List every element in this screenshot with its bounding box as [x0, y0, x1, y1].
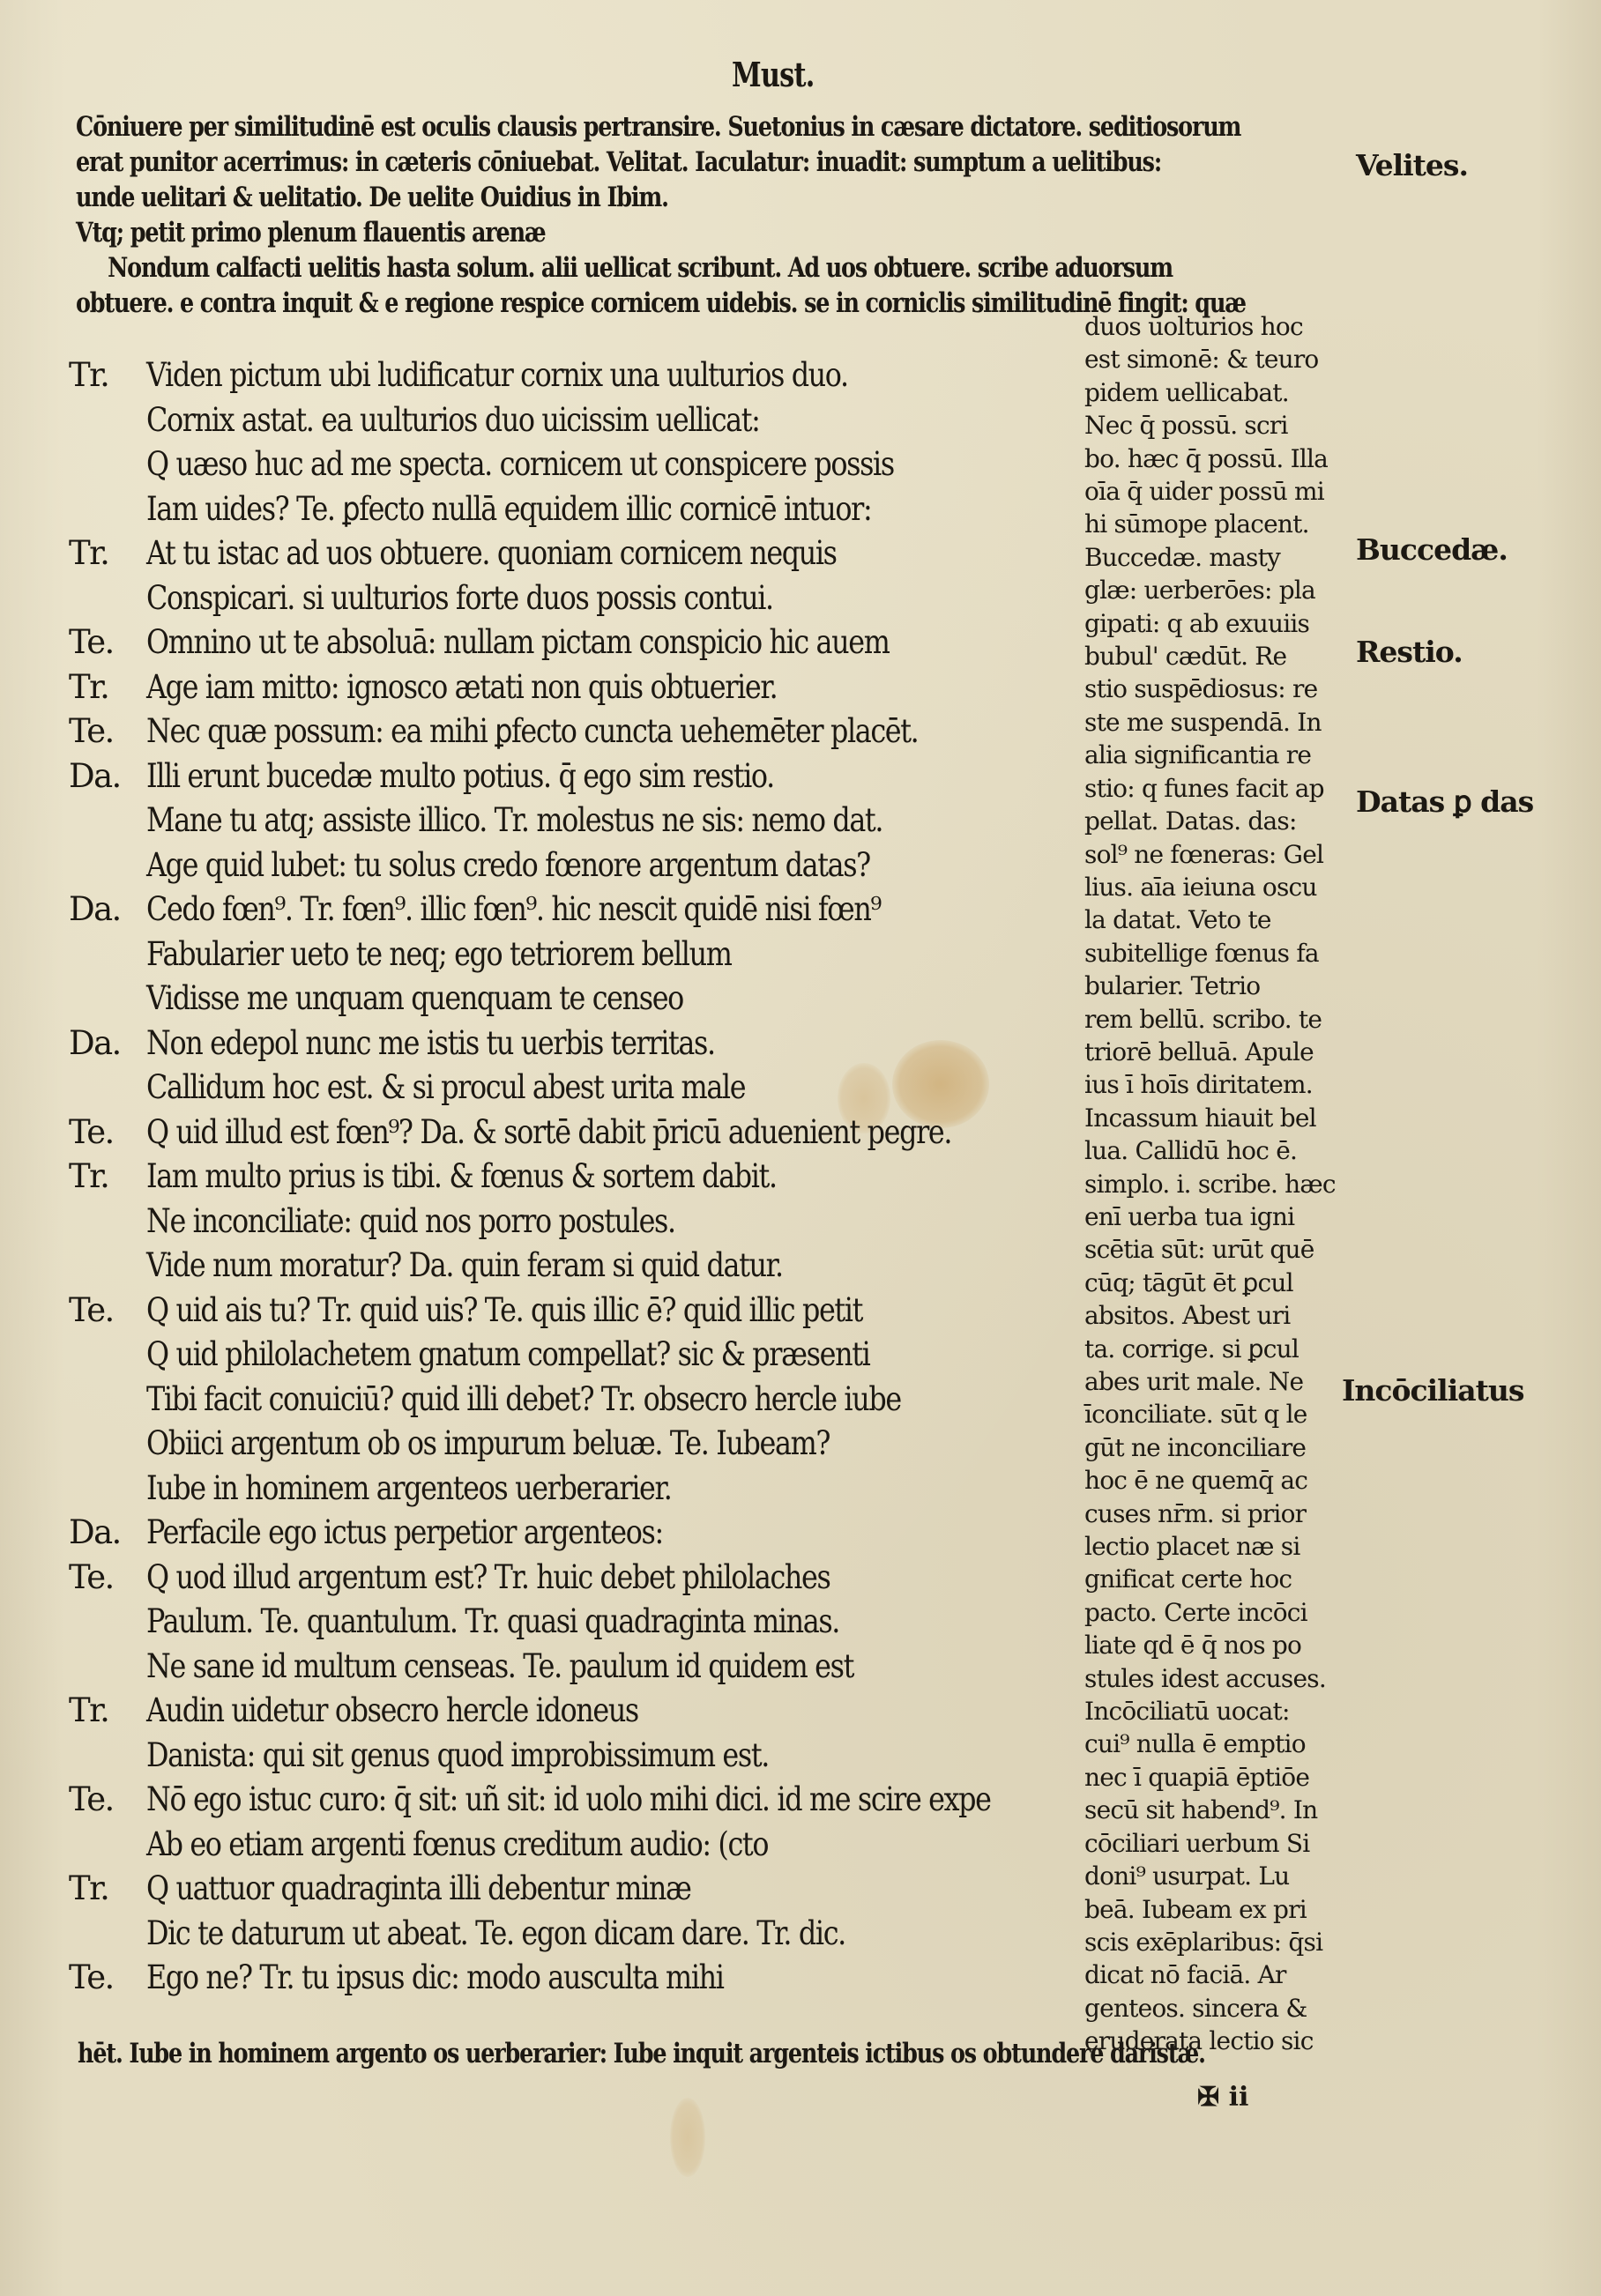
verse-line: Da.Illi erunt bucedæ multo potius. q̄ eg…	[69, 757, 1074, 802]
verse-line-text: Paulum. Te. quantulum. Tr. quasi quadrag…	[146, 1602, 839, 1640]
commentary-line: gūt ne inconciliare	[1084, 1431, 1340, 1464]
verse-line-text: Obiici argentum ob os impurum beluæ. Te.…	[146, 1424, 830, 1462]
speaker-label: Te.	[69, 1958, 146, 1996]
verse-line: Da.Perfacile ego ictus perpetior argente…	[69, 1513, 1074, 1558]
running-head: Must.	[732, 55, 815, 94]
verse-line: Callidum hoc est. & si procul abest urit…	[69, 1068, 1074, 1113]
commentary-line: scētia sūt: urūt quē	[1084, 1233, 1340, 1266]
verse-line-text: Callidum hoc est. & si procul abest urit…	[146, 1068, 745, 1106]
commentary-line: scis exēplaribus: q̄si	[1084, 1926, 1340, 1958]
commentary-line: Incōciliatū uocat:	[1084, 1695, 1340, 1728]
commentary-line: secū sit habend⁹. In	[1084, 1794, 1340, 1826]
verse-line-text: Q uod illud argentum est? Tr. huic debet…	[146, 1558, 830, 1596]
commentary-line: genteos. sincera &	[1084, 1992, 1340, 2025]
commentary-line: absitos. Abest uri	[1084, 1299, 1340, 1332]
gloss-line: unde uelitari & uelitatio. De uelite Oui…	[76, 180, 1117, 215]
verse-line: Te.Q uod illud argentum est? Tr. huic de…	[69, 1558, 1074, 1603]
verse-line: Conspicari. si uulturios forte duos poss…	[69, 579, 1074, 624]
speaker-label: Tr.	[69, 356, 146, 394]
verse-line-text: Tibi facit conuiciū? quid illi debet? Tr…	[146, 1380, 901, 1418]
commentary-line: hoc ē ne quemq̄ ac	[1084, 1464, 1340, 1497]
verse-line: Ne inconciliate: quid nos porro postules…	[69, 1202, 1074, 1247]
margin-note: Restio.	[1356, 635, 1463, 669]
verse-line: Dic te daturum ut abeat. Te. egon dicam …	[69, 1914, 1074, 1959]
verse-line: Te.Q uid illud est fœn⁹? Da. & sortē dab…	[69, 1113, 1074, 1158]
verse-line-text: Nō ego istuc curo: q̄ sit: uñ sit: id uo…	[146, 1780, 991, 1818]
signature-mark: ✠ ii	[1197, 2082, 1248, 2113]
verse-line-text: Iam uides? Te. ꝑfecto nullā equidem illi…	[146, 490, 871, 528]
commentary-line: pellat. Datas. das:	[1084, 805, 1340, 837]
verse-line-text: Viden pictum ubi ludificatur cornix una …	[146, 356, 848, 394]
commentary-line: sol⁹ ne fœneras: Gel	[1084, 838, 1340, 871]
commentary-line: stules idest accuses.	[1084, 1662, 1340, 1695]
commentary-line: doni⁹ usurpat. Lu	[1084, 1860, 1340, 1892]
commentary-line: beā. Iubeam ex pri	[1084, 1893, 1340, 1926]
gloss-bottom-line: hēt. Iube in hominem argento os uerberar…	[78, 2038, 1119, 2069]
verse-line: Te.Ego ne? Tr. tu ipsus dic: modo auscul…	[69, 1958, 1074, 2003]
commentary-line: duos uolturios hoc	[1084, 310, 1340, 343]
verse-line-text: Nec quæ possum: ea mihi ꝑfecto cuncta ue…	[146, 712, 918, 750]
verse-line-text: Ego ne? Tr. tu ipsus dic: modo ausculta …	[146, 1958, 724, 1996]
speaker-label: Te.	[69, 1780, 146, 1818]
verse-line: Te.Nō ego istuc curo: q̄ sit: uñ sit: id…	[69, 1780, 1074, 1825]
commentary-line: liate qd ē q̄ nos po	[1084, 1629, 1340, 1661]
speaker-label: Te.	[69, 623, 146, 661]
commentary-line: alia significantia re	[1084, 739, 1340, 771]
verse-line-text: Conspicari. si uulturios forte duos poss…	[146, 579, 773, 617]
verse-line: Tibi facit conuiciū? quid illi debet? Tr…	[69, 1380, 1074, 1425]
commentary-line: simplo. i. scribe. hæc	[1084, 1168, 1340, 1200]
commentary-line: triorē belluā. Apule	[1084, 1036, 1340, 1068]
verse-text: Tr.Viden pictum ubi ludificatur cornix u…	[69, 356, 1074, 2003]
verse-line-text: Dic te daturum ut abeat. Te. egon dicam …	[146, 1914, 845, 1952]
commentary-line: cōciliari uerbum Si	[1084, 1827, 1340, 1860]
commentary-line: dicat nō faciā. Ar	[1084, 1958, 1340, 1991]
commentary-line: enī uerba tua igni	[1084, 1200, 1340, 1233]
verse-line: Tr.At tu istac ad uos obtuere. quoniam c…	[69, 534, 1074, 579]
gloss-line: Vtq; petit primo plenum flauentis arenæ	[76, 215, 1117, 250]
verse-line: Tr.Age iam mitto: ignosco ætati non quis…	[69, 668, 1074, 713]
verse-line: Da.Non edepol nunc me istis tu uerbis te…	[69, 1024, 1074, 1069]
verse-line-text: Omnino ut te absoluā: nullam pictam cons…	[146, 623, 890, 661]
speaker-label: Da.	[69, 1513, 146, 1551]
verse-line: Obiici argentum ob os impurum beluæ. Te.…	[69, 1424, 1074, 1469]
verse-line: Tr.Iam multo prius is tibi. & fœnus & so…	[69, 1157, 1074, 1202]
commentary-line: bularier. Tetrio	[1084, 970, 1340, 1002]
commentary-line: oīa q̄ uider possū mi	[1084, 475, 1340, 508]
gloss-line: Cōniuere per similitudinē est oculis cla…	[76, 109, 1117, 145]
commentary-column: duos uolturios hocest simonē: & teuropid…	[1084, 310, 1340, 2058]
commentary-line: lectio placet næ si	[1084, 1530, 1340, 1563]
verse-line: Te.Nec quæ possum: ea mihi ꝑfecto cuncta…	[69, 712, 1074, 757]
speaker-label: Te.	[69, 1558, 146, 1596]
speaker-label: Te.	[69, 1113, 146, 1151]
gloss-line: obtuere. e contra inquit & e regione res…	[76, 286, 1117, 321]
verse-line: Da.Cedo fœn⁹. Tr. fœn⁹. illic fœn⁹. hic …	[69, 890, 1074, 935]
gloss-line: Nondum calfacti uelitis hasta solum. ali…	[76, 250, 1117, 286]
commentary-line: stio suspēdiosus: re	[1084, 672, 1340, 705]
commentary-line: ste me suspendā. In	[1084, 706, 1340, 739]
commentary-line: glæ: uerberōes: pla	[1084, 574, 1340, 606]
verse-line: Tr.Viden pictum ubi ludificatur cornix u…	[69, 356, 1074, 401]
verse-line: Q uid philolachetem gnatum compellat? si…	[69, 1335, 1074, 1380]
verse-line: Paulum. Te. quantulum. Tr. quasi quadrag…	[69, 1602, 1074, 1647]
commentary-line: cui⁹ nulla ē emptio	[1084, 1728, 1340, 1760]
verse-line-text: Ab eo etiam argenti fœnus creditum audio…	[146, 1825, 768, 1863]
margin-note: Velites.	[1356, 148, 1468, 182]
verse-line-text: Ne inconciliate: quid nos porro postules…	[146, 1202, 675, 1240]
verse-line: Tr.Q uattuor quadraginta illi debentur m…	[69, 1869, 1074, 1914]
margin-note: Buccedæ.	[1356, 532, 1508, 567]
verse-line: Iube in hominem argenteos uerberarier.	[69, 1469, 1074, 1514]
margin-note: Datas ꝑ das	[1356, 784, 1533, 819]
commentary-line: Buccedæ. masty	[1084, 541, 1340, 574]
verse-line: Vide num moratur? Da. quin feram si quid…	[69, 1246, 1074, 1291]
commentary-line: ta. corrige. si ꝑcul	[1084, 1333, 1340, 1365]
commentary-line: rem bellū. scribo. te	[1084, 1003, 1340, 1036]
verse-line-text: Age iam mitto: ignosco ætati non quis ob…	[146, 668, 777, 706]
verse-line-text: Vide num moratur? Da. quin feram si quid…	[146, 1246, 783, 1284]
verse-line-text: Iube in hominem argenteos uerberarier.	[146, 1469, 672, 1507]
commentary-line: bo. hæc q̄ possū. Illa	[1084, 442, 1340, 475]
verse-line-text: Iam multo prius is tibi. & fœnus & sorte…	[146, 1157, 777, 1195]
verse-line-text: Q uid illud est fœn⁹? Da. & sortē dabit …	[146, 1113, 951, 1151]
foxing-stain-bottom	[670, 2098, 705, 2177]
commentary-line: la datat. Veto te	[1084, 903, 1340, 936]
verse-line: Ne sane id multum censeas. Te. paulum id…	[69, 1647, 1074, 1692]
speaker-label: Te.	[69, 712, 146, 750]
speaker-label: Tr.	[69, 1157, 146, 1195]
speaker-label: Tr.	[69, 1869, 146, 1907]
verse-line: Cornix astat. ea uulturios duo uicissim …	[69, 401, 1074, 446]
commentary-line: stio: q funes facit ap	[1084, 772, 1340, 805]
verse-line: Danista: qui sit genus quod improbissimu…	[69, 1736, 1074, 1781]
verse-line: Ab eo etiam argenti fœnus creditum audio…	[69, 1825, 1074, 1870]
commentary-line: lua. Callidū hoc ē.	[1084, 1134, 1340, 1167]
commentary-line: subitellige fœnus fa	[1084, 937, 1340, 970]
gloss-line: erat punitor acerrimus: in cæteris cōniu…	[76, 145, 1117, 180]
commentary-line: Incassum hiauit bel	[1084, 1102, 1340, 1134]
verse-line-text: Fabularier ueto te neq; ego tetriorem be…	[146, 935, 732, 973]
commentary-line: lius. aīa ieiuna oscu	[1084, 871, 1340, 903]
verse-line: Te.Q uid ais tu? Tr. quid uis? Te. quis …	[69, 1291, 1074, 1336]
commentary-line: Nec q̄ possū. scri	[1084, 409, 1340, 442]
speaker-label: Te.	[69, 1291, 146, 1329]
verse-line-text: At tu istac ad uos obtuere. quoniam corn…	[146, 534, 837, 572]
speaker-label: Da.	[69, 890, 146, 928]
verse-line-text: Vidisse me unquam quenquam te censeo	[146, 979, 683, 1017]
commentary-line: pacto. Certe incōci	[1084, 1596, 1340, 1629]
commentary-line: cuses nr̄m. si prior	[1084, 1497, 1340, 1530]
verse-line: Iam uides? Te. ꝑfecto nullā equidem illi…	[69, 490, 1074, 535]
speaker-label: Tr.	[69, 1691, 146, 1729]
verse-line-text: Illi erunt bucedæ multo potius. q̄ ego s…	[146, 757, 774, 795]
verse-line-text: Cedo fœn⁹. Tr. fœn⁹. illic fœn⁹. hic nes…	[146, 890, 881, 928]
verse-line-text: Q uid ais tu? Tr. quid uis? Te. quis ill…	[146, 1291, 862, 1329]
commentary-line: abes urit male. Ne	[1084, 1365, 1340, 1398]
verse-line-text: Age quid lubet: tu solus credo fœnore ar…	[146, 846, 870, 884]
commentary-line: nec ī quapiā ēptiōe	[1084, 1761, 1340, 1794]
commentary-line: gipati: q ab exuuiis	[1084, 607, 1340, 640]
verse-line: Vidisse me unquam quenquam te censeo	[69, 979, 1074, 1024]
verse-line-text: Danista: qui sit genus quod improbissimu…	[146, 1736, 769, 1774]
speaker-label: Da.	[69, 757, 146, 795]
commentary-line: gnificat certe hoc	[1084, 1563, 1340, 1595]
book-page: Must. Cōniuere per similitudinē est ocul…	[0, 0, 1601, 2296]
verse-line-text: Perfacile ego ictus perpetior argenteos:	[146, 1513, 663, 1551]
commentary-line: īconciliate. sūt q le	[1084, 1398, 1340, 1430]
verse-line-text: Ne sane id multum censeas. Te. paulum id…	[146, 1647, 853, 1685]
verse-line-text: Mane tu atq; assiste illico. Tr. molestu…	[146, 801, 882, 839]
verse-line: Q uæso huc ad me specta. cornicem ut con…	[69, 445, 1074, 490]
commentary-line: cūq; tāgūt ēt ꝑcul	[1084, 1267, 1340, 1299]
verse-line-text: Non edepol nunc me istis tu uerbis terri…	[146, 1024, 715, 1062]
verse-line: Age quid lubet: tu solus credo fœnore ar…	[69, 846, 1074, 891]
commentary-line: bubul' cædūt. Re	[1084, 640, 1340, 672]
speaker-label: Tr.	[69, 668, 146, 706]
commentary-line: ius ī hoīs diritatem.	[1084, 1068, 1340, 1101]
margin-note: Incōciliatus	[1342, 1373, 1523, 1408]
verse-line-text: Q uid philolachetem gnatum compellat? si…	[146, 1335, 869, 1373]
verse-line: Te.Omnino ut te absoluā: nullam pictam c…	[69, 623, 1074, 668]
verse-line-text: Audin uidetur obsecro hercle idoneus	[146, 1691, 638, 1729]
verse-line: Tr.Audin uidetur obsecro hercle idoneus	[69, 1691, 1074, 1736]
speaker-label: Tr.	[69, 534, 146, 572]
gloss-top-block: Cōniuere per similitudinē est oculis cla…	[76, 109, 1345, 321]
commentary-line: est simonē: & teuro	[1084, 343, 1340, 375]
commentary-line: pidem uellicabat.	[1084, 376, 1340, 409]
verse-line: Fabularier ueto te neq; ego tetriorem be…	[69, 935, 1074, 980]
verse-line-text: Cornix astat. ea uulturios duo uicissim …	[146, 401, 760, 439]
speaker-label: Da.	[69, 1024, 146, 1062]
verse-line: Mane tu atq; assiste illico. Tr. molestu…	[69, 801, 1074, 846]
verse-line-text: Q uæso huc ad me specta. cornicem ut con…	[146, 445, 894, 483]
commentary-line: hi sūmope placent.	[1084, 508, 1340, 540]
verse-line-text: Q uattuor quadraginta illi debentur minæ	[146, 1869, 691, 1907]
